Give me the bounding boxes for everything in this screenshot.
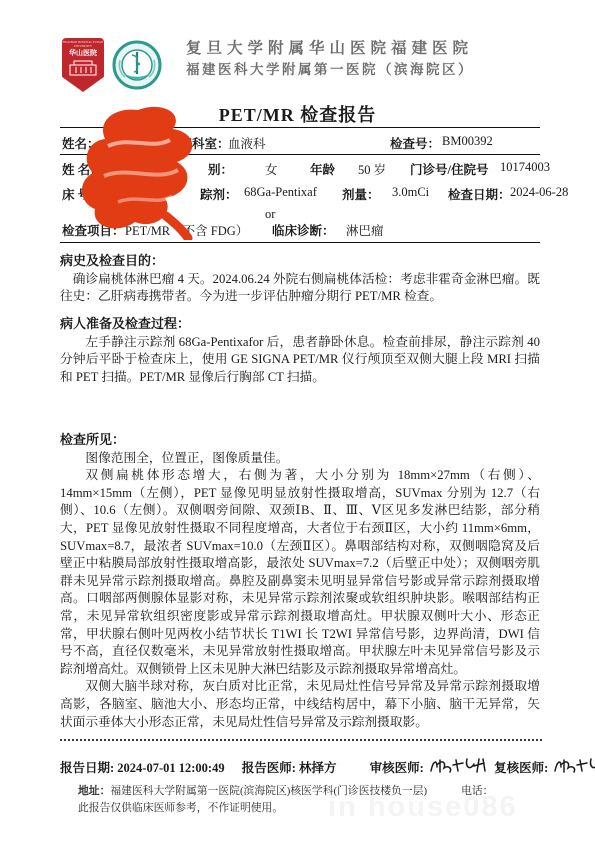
history-title: 病史及检查目的： [60, 252, 540, 270]
huashan-logo-top-text: HUASHAN HOSPITAL FUDAN UNIVERSITY [62, 40, 104, 48]
preparation-title: 病人准备及检查过程： [60, 315, 540, 333]
preparation-text: 左手静注示踪剂 68Ga-Pentixafor 后，患者静卧休息。检查前排尿，静… [60, 334, 540, 387]
reporter-label: 报告医师: [242, 761, 296, 775]
gender-value: 女 [265, 160, 278, 178]
report-signature-row: 报告日期: 2024-07-01 12:00:49 报告医师: 林择方 审核医师… [60, 756, 575, 782]
report-date-value: 2024-07-01 12:00:49 [117, 761, 224, 775]
history-text: 确诊扁桃体淋巴瘤 4 天。2024.06.24 外院右侧扁桃体活检：考虑非霍奇金… [60, 271, 540, 306]
hospital-name-line2: 福建医科大学附属第一医院（滨海院区） [186, 60, 595, 80]
diagnosis-label: 临床诊断： [272, 221, 335, 239]
fjmu-hospital-logo [112, 40, 162, 90]
findings-title: 检查所见： [60, 431, 540, 449]
address-label: 地址： [78, 785, 110, 797]
exam-date-value: 2024-06-28 [510, 185, 568, 200]
building-icon [68, 59, 98, 77]
huashan-hospital-logo: HUASHAN HOSPITAL FUDAN UNIVERSITY 华山医院 [62, 38, 104, 92]
visit-no-label: 门诊号/住院号 [410, 160, 488, 178]
auditor-signature [429, 756, 487, 776]
exam-date-label: 检查日期： [448, 185, 511, 203]
red-redaction-scribble [78, 104, 210, 240]
dose-label: 剂量： [342, 185, 380, 203]
divider-bottom [60, 242, 540, 243]
reviewer-label: 复核医师: [494, 761, 548, 775]
dose-value: 3.0mCi [392, 185, 429, 200]
footer-dotted-divider [60, 739, 542, 741]
hospital-names: 复旦大学附属华山医院福建医院 福建医科大学附属第一医院（滨海院区） [186, 38, 595, 80]
address-value: 福建医科大学附属第一医院(滨海院区)核医学科(门诊医技楼负一层) [110, 785, 427, 797]
footer-address-line: 地址：福建医科大学附属第一医院(滨海院区)核医学科(门诊医技楼负一层)电话： [78, 783, 578, 798]
reporter-name: 林择方 [299, 761, 337, 775]
diagnosis-value: 淋巴瘤 [346, 221, 384, 239]
age-value: 50 岁 [358, 160, 386, 178]
gender-label: 别： [208, 160, 233, 178]
footer-disclaimer: 此报告仅供临床医师参考，不作证明使用。 [78, 800, 283, 815]
tracer-value-wrap: or [265, 207, 275, 222]
age-label: 年龄 [310, 160, 335, 178]
findings-paragraph-2: 双侧扁桃体形态增大，右侧为著，大小分别为 18mm×27mm（右侧）、14mm×… [60, 467, 540, 678]
auditor-label: 审核医师: [370, 761, 424, 775]
hospital-name-line1: 复旦大学附属华山医院福建医院 [186, 38, 595, 60]
section-preparation: 病人准备及检查过程： 左手静注示踪剂 68Ga-Pentixafor 后，患者静… [60, 315, 540, 386]
report-header: HUASHAN HOSPITAL FUDAN UNIVERSITY 华山医院 复… [62, 36, 555, 102]
visit-no-value: 10174003 [500, 160, 550, 175]
reviewer-signature [553, 756, 595, 776]
exam-no-label: 检查号： [390, 134, 440, 152]
dept-value: 血液科 [228, 134, 266, 152]
section-findings: 检查所见： 图像范围全，位置正，图像质量佳。 双侧扁桃体形态增大，右侧为著，大小… [60, 431, 540, 731]
phone-label: 电话： [461, 785, 493, 797]
report-date-label: 报告日期: [60, 761, 114, 775]
huashan-logo-name: 华山医院 [69, 49, 97, 58]
findings-paragraph-3: 双侧大脑半球对称，灰白质对比正常，未见局灶性信号异常及异常示踪剂摄取增高影，各脑… [60, 678, 540, 731]
report-page: HUASHAN HOSPITAL FUDAN UNIVERSITY 华山医院 复… [0, 0, 595, 842]
tracer-value: 68Ga-Pentixaf [244, 185, 317, 200]
section-history: 病史及检查目的： 确诊扁桃体淋巴瘤 4 天。2024.06.24 外院右侧扁桃体… [60, 252, 540, 306]
exam-no-value: BM00392 [442, 134, 493, 149]
findings-paragraph-1: 图像范围全，位置正，图像质量佳。 [60, 450, 540, 468]
